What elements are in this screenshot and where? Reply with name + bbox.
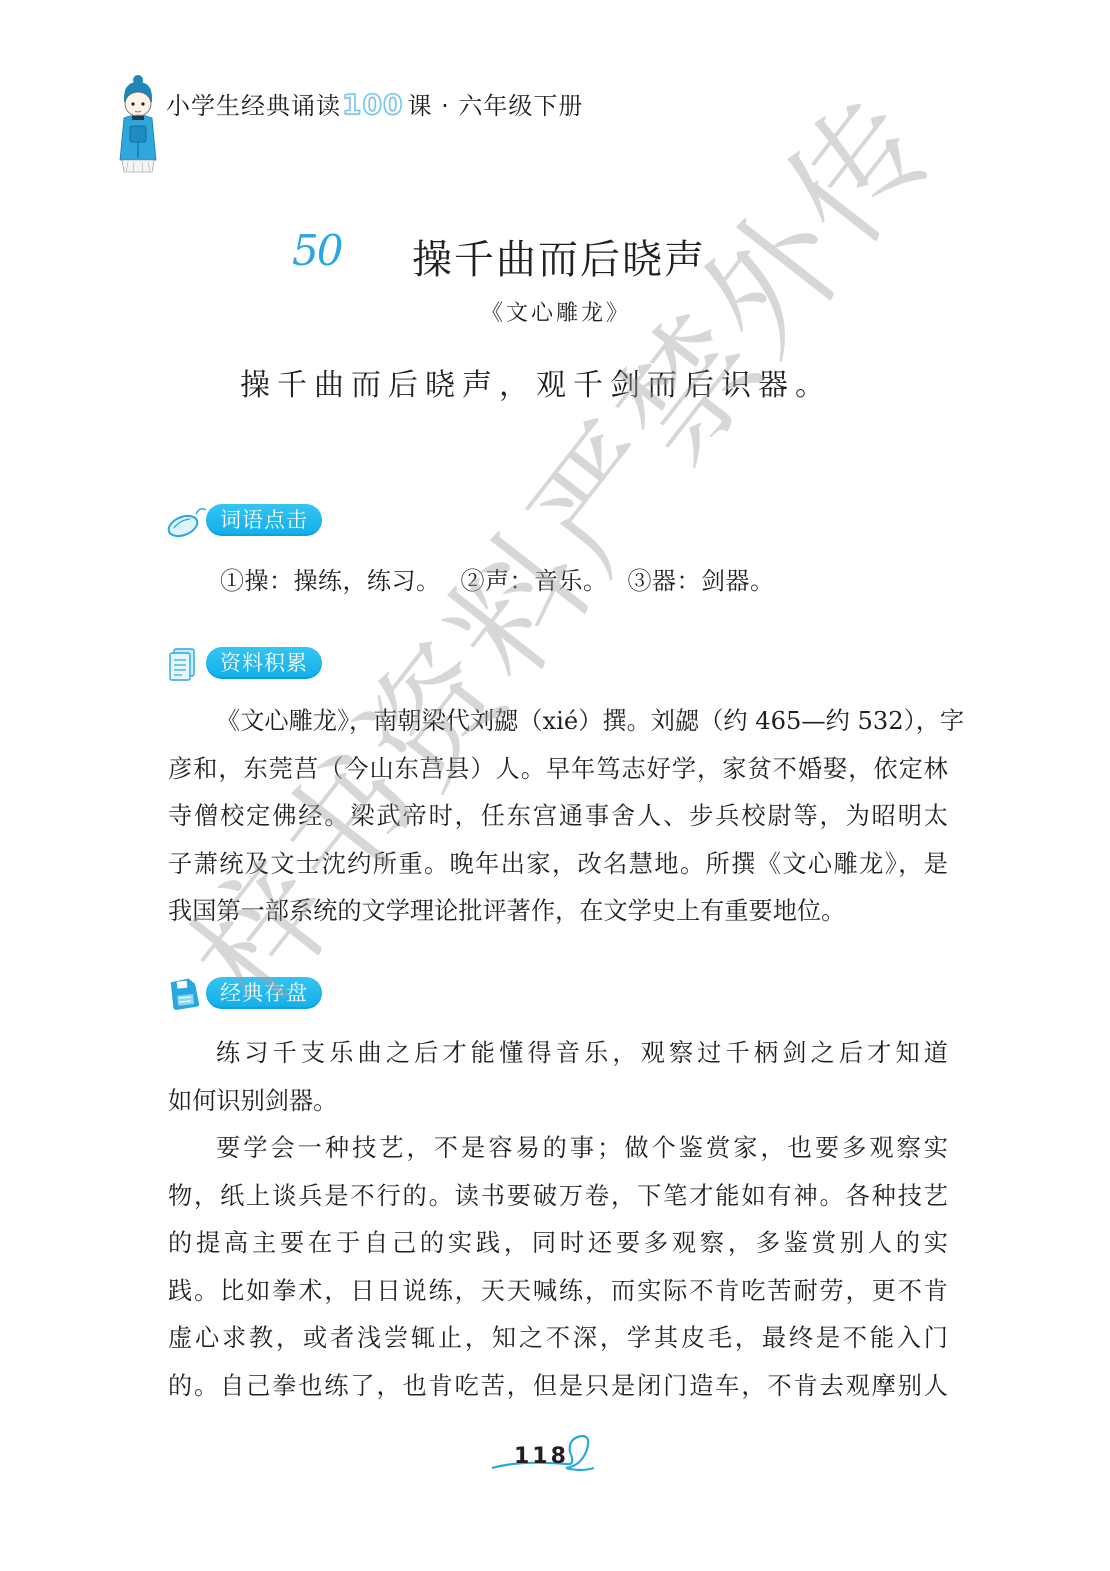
commentary-paragraph: 要学会一种技艺，不是容易的事；做个鉴赏家，也要多观察实 物，纸上谈兵是不行的。读… bbox=[168, 1125, 948, 1410]
page-number: 118 bbox=[514, 1444, 569, 1469]
section-badge-glossary: 词语点击 bbox=[206, 504, 322, 536]
section-badge-background: 资料积累 bbox=[206, 647, 322, 679]
scholar-mascot-icon bbox=[112, 72, 164, 176]
text-line: 如何识别剑器。 bbox=[168, 1078, 948, 1126]
series-suffix: 课 · 六年级下册 bbox=[407, 92, 583, 120]
text-line: 《文心雕龙》，南朝梁代刘勰（xié）撰。刘勰（约 465—约 532），字 bbox=[168, 698, 948, 746]
lesson-title: 操千曲而后晓声 bbox=[412, 228, 706, 285]
glossary-item: ②声：音乐。 bbox=[461, 567, 608, 595]
classic-quote: 操千曲而后晓声，观千剑而后识器。 bbox=[240, 360, 832, 404]
text-line: 子萧统及文士沈约所重。晚年出家，改名慧地。所撰《文心雕龙》，是 bbox=[168, 841, 948, 889]
text-line: 的。自己拳也练了，也肯吃苦，但是只是闭门造车，不肯去观摩别人 bbox=[168, 1363, 948, 1411]
text-line: 虚心求教，或者浅尝辄止，知之不深，学其皮毛，最终是不能入门 bbox=[168, 1315, 948, 1363]
section-badge-classics: 经典存盘 bbox=[206, 977, 322, 1009]
glossary-list: ①操：操练，练习。②声：音乐。③器：剑器。 bbox=[220, 561, 795, 596]
glossary-item: ③器：剑器。 bbox=[628, 567, 775, 595]
text-line: 践。比如拳术，日日说练，天天喊练，而实际不肯吃苦耐劳，更不肯 bbox=[168, 1268, 948, 1316]
text-line: 的提高主要在于自己的实践，同时还要多观察，多鉴赏别人的实 bbox=[168, 1220, 948, 1268]
glossary-item: ①操：操练，练习。 bbox=[220, 567, 441, 595]
lesson-source: 《文心雕龙》 bbox=[0, 296, 1110, 327]
text-line: 练习千支乐曲之后才能懂得音乐，观察过千柄剑之后才知道 bbox=[168, 1030, 948, 1078]
document-icon bbox=[166, 647, 206, 681]
text-line: 彦和，东莞莒（今山东莒县）人。早年笃志好学，家贫不婚娶，依定林 bbox=[168, 746, 948, 794]
source-text: 《文心雕龙》 bbox=[481, 301, 631, 326]
text-line: 要学会一种技艺，不是容易的事；做个鉴赏家，也要多观察实 bbox=[168, 1125, 948, 1173]
mouse-icon bbox=[166, 504, 206, 538]
text-line: 我国第一部系统的文学理论批评著作，在文学史上有重要地位。 bbox=[168, 888, 948, 936]
text-line: 物，纸上谈兵是不行的。读书要破万卷，下笔才能如有神。各种技艺 bbox=[168, 1173, 948, 1221]
lesson-number: 50 bbox=[292, 226, 341, 275]
background-paragraph: 《文心雕龙》，南朝梁代刘勰（xié）撰。刘勰（约 465—约 532），字 彦和… bbox=[168, 698, 948, 936]
translation-paragraph: 练习千支乐曲之后才能懂得音乐，观察过千柄剑之后才知道 如何识别剑器。 bbox=[168, 1030, 948, 1125]
floppy-disk-icon bbox=[166, 977, 206, 1011]
series-number: 100 bbox=[342, 88, 403, 121]
series-prefix: 小学生经典诵读 bbox=[166, 92, 341, 120]
text-line: 寺僧校定佛经。梁武帝时，任东宫通事舍人、步兵校尉等，为昭明太 bbox=[168, 793, 948, 841]
series-title: 小学生经典诵读100课 · 六年级下册 bbox=[166, 86, 583, 121]
